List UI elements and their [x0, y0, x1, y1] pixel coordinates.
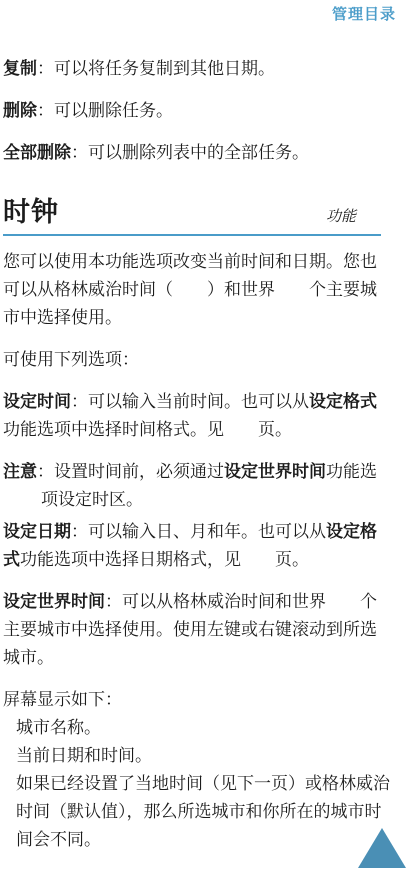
bold-term: 注意	[3, 462, 37, 481]
options-lead-paragraph: 可使用下列选项：	[3, 346, 393, 374]
text-run: ：可以输入当前时间。也可以从	[71, 392, 309, 411]
text-run: ：可以输入日、月和年。也可以从	[71, 522, 326, 541]
section-heading: 时钟 功能	[3, 197, 393, 227]
bold-term: 设定格式	[309, 392, 377, 411]
text-run: 当前日期和时间。	[16, 746, 152, 765]
bold-term: 设定世界时间	[3, 592, 105, 611]
term-copy-paragraph: 复制：可以将任务复制到其他日期。	[3, 55, 393, 83]
bold-term: 设定时间	[3, 392, 71, 411]
manual-page: 管理目录 复制：可以将任务复制到其他日期。删除：可以删除任务。全部删除：可以删除…	[0, 0, 409, 872]
bold-term: 设定日期	[3, 522, 71, 541]
bold-term: 设定世界时间	[224, 462, 326, 481]
screen-item-time-difference-paragraph: 如果已经设置了当地时间（见下一页）或格林威治时间（默认值），那么所选城市和你所在…	[16, 770, 393, 854]
term-delete-all-paragraph: 全部删除：可以删除列表中的全部任务。	[3, 139, 393, 167]
set-world-time-paragraph: 设定世界时间：可以从格林威治时间和世界 个主要城市中选择使用。使用左键或右键滚动…	[3, 588, 393, 672]
page-turn-triangle-icon	[358, 828, 406, 868]
text-run: 城市名称。	[16, 718, 101, 737]
text-run: 您可以使用本功能选项改变当前时间和日期。您也可以从格林威治时间（ ）和世界 个主…	[3, 252, 377, 327]
intro-section: 复制：可以将任务复制到其他日期。删除：可以删除任务。全部删除：可以删除列表中的全…	[3, 55, 393, 167]
clock-intro-paragraph: 您可以使用本功能选项改变当前时间和日期。您也可以从格林威治时间（ ）和世界 个主…	[3, 248, 393, 332]
text-run: ：可以删除列表中的全部任务。	[71, 143, 309, 162]
body-section: 您可以使用本功能选项改变当前时间和日期。您也可以从格林威治时间（ ）和世界 个主…	[3, 248, 393, 854]
screen-item-current-datetime-paragraph: 当前日期和时间。	[16, 742, 393, 770]
note-set-timezone-paragraph: 注意：设置时间前，必须通过设定世界时间功能选项设定时区。	[3, 458, 393, 514]
section-rule	[3, 234, 381, 236]
term-delete-paragraph: 删除：可以删除任务。	[3, 97, 393, 125]
screen-item-city-name-paragraph: 城市名称。	[16, 714, 393, 742]
section-side-label: 功能	[326, 207, 356, 227]
text-run: 功能选项中选择时间格式。见 页。	[3, 420, 292, 439]
bold-term: 全部删除	[3, 143, 71, 162]
text-run: 如果已经设置了当地时间（见下一页）或格林威治时间（默认值），那么所选城市和你所在…	[16, 774, 390, 849]
screen-display-lead-paragraph: 屏幕显示如下：	[3, 686, 393, 714]
page-content: 复制：可以将任务复制到其他日期。删除：可以删除任务。全部删除：可以删除列表中的全…	[0, 0, 409, 854]
text-run: ：可以将任务复制到其他日期。	[37, 59, 275, 78]
text-run: 功能选项中选择日期格式，见 页。	[20, 550, 309, 569]
bold-term: 删除	[3, 101, 37, 120]
text-run: ：可以删除任务。	[37, 101, 173, 120]
text-run: 可使用下列选项：	[3, 350, 139, 369]
bold-term: 复制	[3, 59, 37, 78]
set-time-paragraph: 设定时间：可以输入当前时间。也可以从设定格式功能选项中选择时间格式。见 页。	[3, 388, 393, 444]
set-date-paragraph: 设定日期：可以输入日、月和年。也可以从设定格式功能选项中选择日期格式，见 页。	[3, 518, 393, 574]
text-run: ：设置时间前，必须通过	[37, 462, 224, 481]
text-run: 屏幕显示如下：	[3, 690, 122, 709]
section-title: 时钟	[3, 197, 59, 227]
page-header-label: 管理目录	[332, 3, 396, 24]
